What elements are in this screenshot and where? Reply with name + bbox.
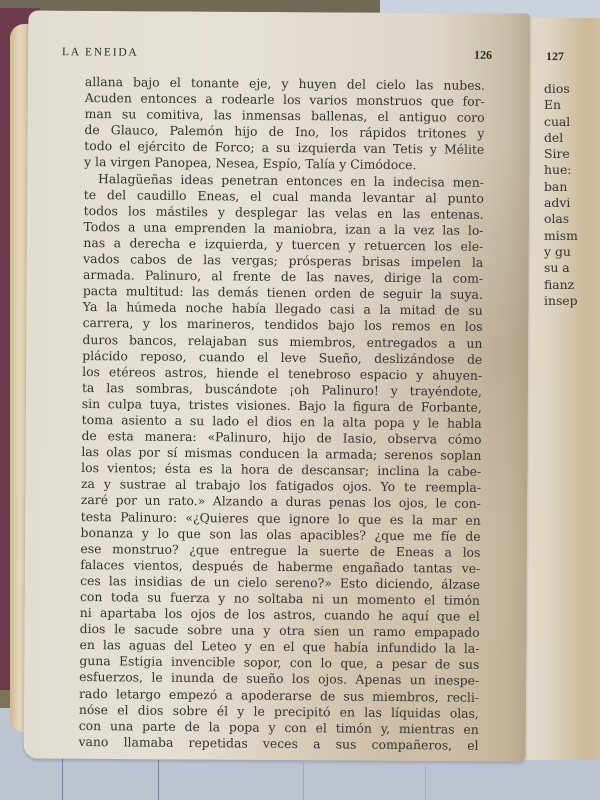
text-line-fragment: fianz	[544, 277, 600, 293]
pen-mark	[303, 762, 304, 800]
left-page-body: allana bajo el tonante eje, y huyen del …	[79, 74, 485, 754]
text-line-fragment: del	[544, 130, 600, 146]
text-line-fragment: cual	[544, 114, 600, 130]
text-line-fragment: y gu	[544, 244, 600, 260]
pen-mark	[158, 760, 159, 800]
running-title: LA ENEIDA	[62, 46, 139, 59]
page-number-right: 127	[546, 49, 564, 64]
text-line-fragment: En	[544, 97, 600, 113]
page-number-left: 126	[474, 48, 492, 63]
right-page-body: diosEncualdelSirehue:banadviolasmismy gu…	[544, 81, 600, 309]
text-line-fragment: mism	[544, 228, 600, 244]
text-line-fragment: olas	[544, 211, 600, 227]
text-line-fragment: dios	[544, 81, 600, 97]
pen-mark	[425, 766, 426, 800]
text-line-fragment: su a	[544, 260, 600, 276]
text-line-fragment: insep	[544, 293, 600, 309]
text-line-fragment: advi	[544, 195, 600, 211]
text-line-fragment: hue:	[544, 162, 600, 178]
text-line-fragment: ban	[544, 179, 600, 195]
text-line-fragment: Sire	[544, 146, 600, 162]
